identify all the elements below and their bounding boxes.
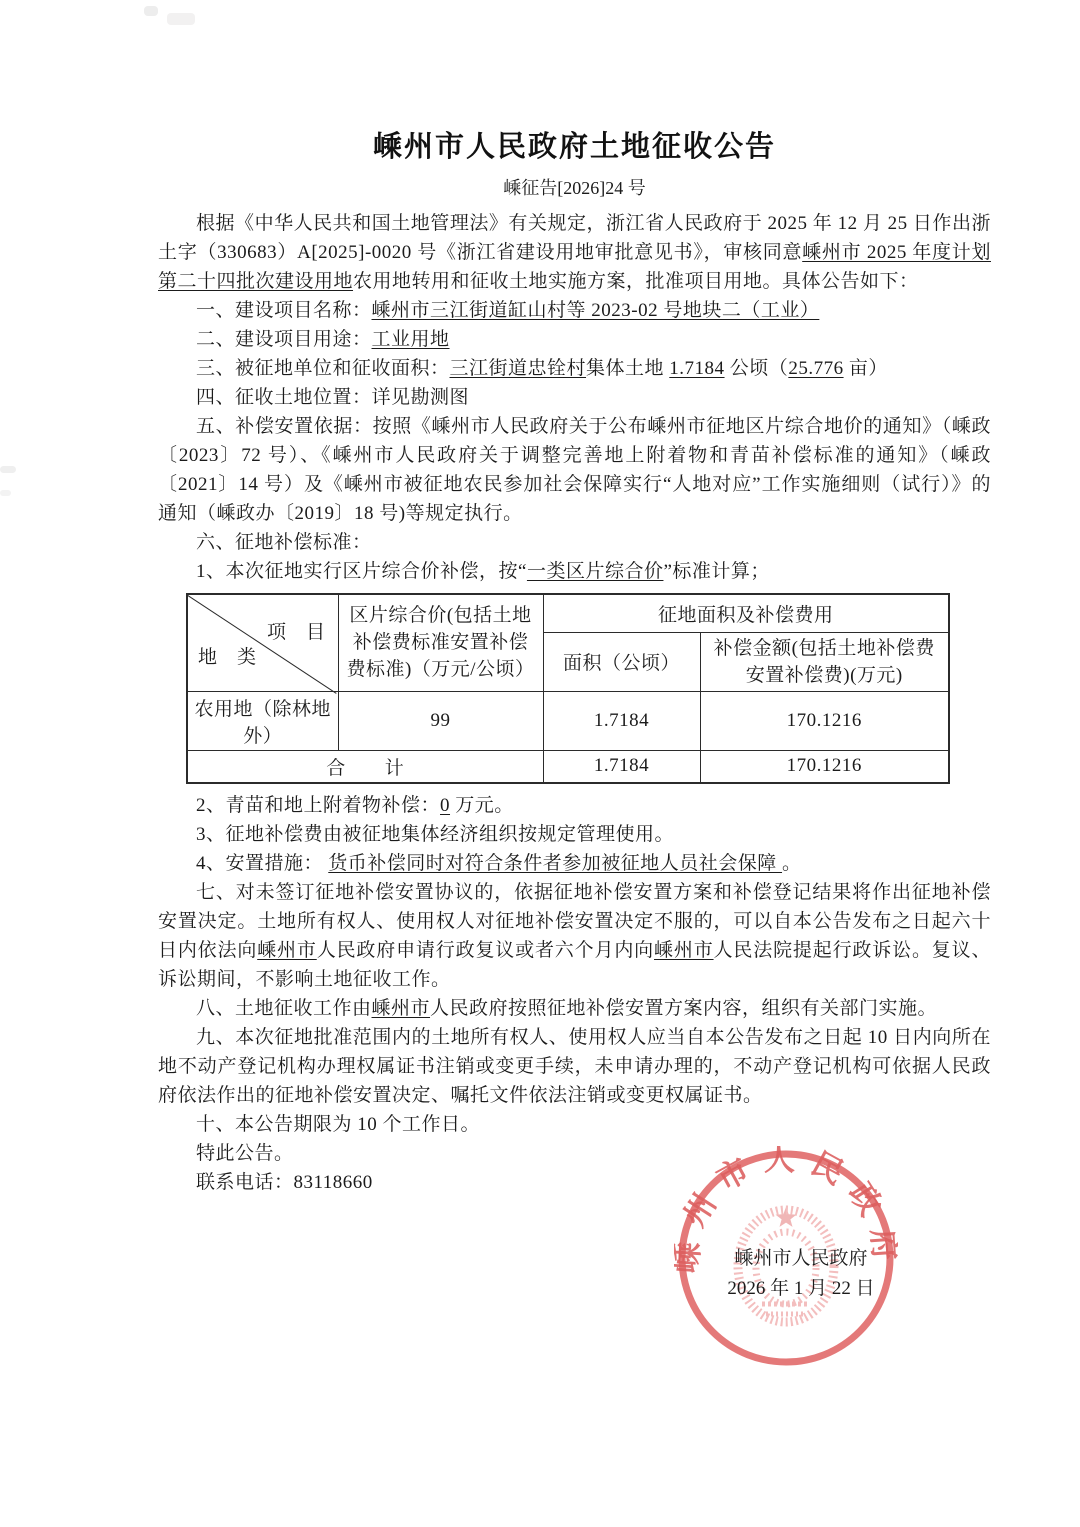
underlined-text: 货币补偿同时对符合条件者参加被征地人员社会保障 (328, 853, 782, 874)
signature-date: 2026 年 1 月 22 日 (712, 1274, 890, 1304)
corner-label-landtype: 地 类 (198, 642, 257, 669)
text-segment: 十、本公告期限为 10 个工作日。 (196, 1114, 480, 1135)
text-segment: 五、补偿安置依据：按照《嵊州市人民政府关于公布嵊州市征地区片综合地价的通知》（嵊… (158, 416, 991, 524)
item-9-registration: 九、本次征地批准范围内的土地所有权人、使用权人应当自本公告发布之日起 10 日内… (158, 1023, 991, 1110)
signature-name: 嵊州市人民政府 (712, 1244, 890, 1274)
text-segment: 人民政府按照征地补偿安置方案内容，组织有关部门实施。 (430, 998, 937, 1019)
scan-smudge (0, 490, 11, 496)
text-segment: ”标准计算； (663, 561, 769, 582)
cell-price: 99 (338, 691, 543, 750)
underlined-text: 三江街道忠铨村 (450, 358, 587, 379)
item-6-4-resettle: 4、安置措施： 货币补偿同时对符合条件者参加被征地人员社会保障 。 (158, 849, 991, 878)
underlined-text: 嵊州市 (654, 940, 714, 961)
text-segment: 公顷（ (725, 358, 789, 379)
underlined-text: 1.7184 (669, 358, 724, 379)
underlined-text: 工业用地 (372, 329, 450, 350)
text-segment: 集体土地 (586, 358, 669, 379)
underlined-text: 一类区片综合价 (527, 561, 664, 582)
item-4-location: 四、征收土地位置：详见勘测图 (158, 383, 991, 412)
underlined-text: 嵊州市 (257, 940, 317, 961)
table-corner-cell: 项 目 地 类 (187, 594, 338, 691)
group-header-area-compensation: 征地面积及补偿费用 (543, 594, 949, 632)
text-segment: 2、青苗和地上附着物补偿： (196, 795, 440, 816)
cell-land-type: 农用地（除林地外） (187, 691, 338, 750)
text-segment: 农用地转用和征收土地实施方案，批准项目用地。具体公告如下： (353, 271, 919, 292)
corner-label-project: 项 目 (267, 617, 326, 644)
cell-total-area: 1.7184 (543, 750, 700, 783)
item-8-implement: 八、土地征收工作由嵊州市人民政府按照征地补偿安置方案内容，组织有关部门实施。 (158, 994, 991, 1023)
item-6-1-price: 1、本次征地实行区片综合价补偿，按“一类区片综合价”标准计算； (158, 557, 991, 586)
text-segment: 亩） (844, 358, 888, 379)
text-segment: 特此公告。 (196, 1143, 294, 1164)
item-6-standard: 六、征地补偿标准： (158, 528, 991, 557)
column-header-amount: 补偿金额(包括土地补偿费安置补偿费)(万元) (700, 632, 949, 691)
text-segment: 1、本次征地实行区片综合价补偿，按“ (196, 561, 527, 582)
document-number: 嵊征告[2026]24 号 (158, 176, 991, 200)
cell-total-amount: 170.1216 (700, 750, 949, 783)
text-segment: 二、建设项目用途： (196, 329, 372, 350)
underlined-text: 0 (440, 795, 450, 816)
text-segment: 六、征地补偿标准： (196, 532, 372, 553)
item-7-dispute: 七、对未签订征地补偿安置协议的，依据征地补偿安置方案和补偿登记结果将作出征地补偿… (158, 878, 991, 994)
cell-total-label: 合 计 (187, 750, 543, 783)
text-segment: 一、建设项目名称： (196, 300, 372, 321)
table-total-row: 合 计 1.7184 170.1216 (187, 750, 949, 783)
scan-smudge (144, 6, 158, 16)
cell-area: 1.7184 (543, 691, 700, 750)
scan-smudge (0, 466, 16, 473)
announcement-page: 嵊州市人民政府土地征收公告 嵊征告[2026]24 号 根据《中华人民共和国土地… (0, 0, 1080, 1527)
item-1-project-name: 一、建设项目名称：嵊州市三江街道缸山村等 2023-02 号地块二（工业） (158, 296, 991, 325)
column-header-area: 面积（公顷） (543, 632, 700, 691)
text-segment: 人民政府申请行政复议或者六个月内向 (317, 940, 654, 961)
document-body: 嵊州市人民政府土地征收公告 嵊征告[2026]24 号 根据《中华人民共和国土地… (158, 0, 991, 1197)
text-segment: 。 (782, 853, 802, 874)
item-10-period: 十、本公告期限为 10 个工作日。 (158, 1110, 991, 1139)
intro-paragraph: 根据《中华人民共和国土地管理法》有关规定，浙江省人民政府于 2025 年 12 … (158, 209, 991, 296)
item-3-unit-area: 三、被征地单位和征收面积：三江街道忠铨村集体土地 1.7184 公顷（25.77… (158, 354, 991, 383)
text-segment: 三、被征地单位和征收面积： (196, 358, 450, 379)
page-title: 嵊州市人民政府土地征收公告 (158, 0, 991, 164)
underlined-text: 嵊州市三江街道缸山村等 2023-02 号地块二（工业） (372, 300, 820, 321)
text-segment: 八、土地征收工作由 (196, 998, 372, 1019)
column-header-price: 区片综合价(包括土地补偿费标准安置补偿费标准)（万元/公顷） (338, 594, 543, 691)
table-row: 农用地（除林地外） 99 1.7184 170.1216 (187, 691, 949, 750)
text-segment: 四、征收土地位置：详见勘测图 (196, 387, 469, 408)
item-6-2-seedling: 2、青苗和地上附着物补偿：0 万元。 (158, 791, 991, 820)
underlined-text: 嵊州市 (372, 998, 431, 1019)
cell-amount: 170.1216 (700, 691, 949, 750)
text-segment: 万元。 (450, 795, 514, 816)
item-6-3-management: 3、征地补偿费由被征地集体经济组织按规定管理使用。 (158, 820, 991, 849)
signature-block: 嵊州市人民政府 2026 年 1 月 22 日 (712, 1244, 890, 1304)
text-segment: 3、征地补偿费由被征地集体经济组织按规定管理使用。 (196, 824, 674, 845)
item-5-basis: 五、补偿安置依据：按照《嵊州市人民政府关于公布嵊州市征地区片综合地价的通知》（嵊… (158, 412, 991, 528)
text-segment: 4、安置措施： (196, 853, 328, 874)
text-segment: 九、本次征地批准范围内的土地所有权人、使用权人应当自本公告发布之日起 10 日内… (158, 1027, 991, 1106)
item-2-project-use: 二、建设项目用途：工业用地 (158, 325, 991, 354)
text-segment: 联系电话：83118660 (196, 1172, 373, 1193)
underlined-text: 25.776 (788, 358, 843, 379)
compensation-table: 项 目 地 类 区片综合价(包括土地补偿费标准安置补偿费标准)（万元/公顷） 征… (186, 593, 950, 784)
